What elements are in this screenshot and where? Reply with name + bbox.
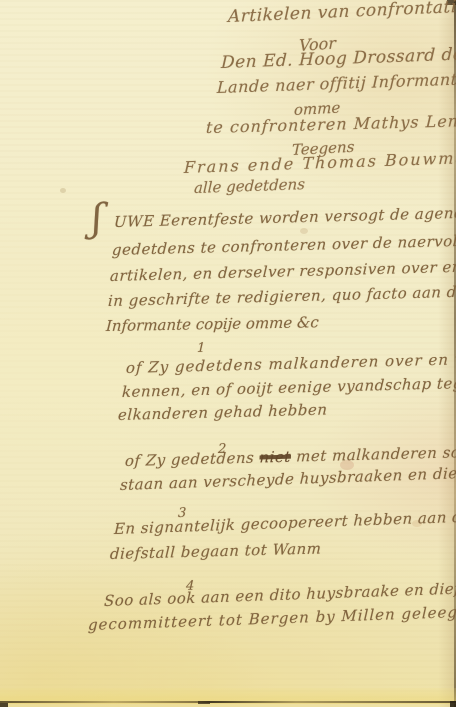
- struck-word: niet: [259, 448, 291, 467]
- manuscript-page: Artikelen van confrontatie Voor Den Ed. …: [0, 0, 456, 707]
- bottom-edge-mark: [198, 701, 210, 704]
- article-line-text: met malkanderen schuldig: [296, 442, 456, 466]
- corner-mark-bottom-left: [0, 703, 8, 707]
- title-line: Lande naer offitij Informant: [217, 70, 456, 97]
- article-line: of Zy gedetdens malkanderen over en wede…: [126, 349, 456, 377]
- preamble-line: in geschrifte te redigieren, quo facto a…: [108, 281, 456, 310]
- title-line: te confronteren Mathys Lenger: [206, 111, 456, 137]
- article-number: 1: [197, 341, 206, 356]
- preamble-line: Informante copije omme &c: [106, 313, 320, 335]
- corner-mark-bottom-right: [450, 701, 456, 707]
- title-line: alle gedetdens: [194, 175, 306, 197]
- paper-stain: [60, 188, 66, 193]
- preamble-line: UWE Eerentfeste worden versogt de agenoe…: [114, 203, 456, 231]
- article-line: En signantelijk gecoopereert hebben aan …: [114, 507, 456, 538]
- page-bottom-edge: [0, 701, 456, 703]
- preamble-line: gedetdens te confronteren over de naervo…: [112, 231, 456, 259]
- paragraph-marker: ʃ: [92, 195, 103, 240]
- article-line: elkanderen gehad hebben: [118, 401, 328, 425]
- preamble-line: artikelen, en derselver responsiven over…: [110, 256, 456, 285]
- article-line-text: of Zy gedetdens: [125, 449, 255, 470]
- title-line: Den Ed. Hoog Drossard deses: [221, 44, 456, 74]
- title-line: Artikelen van confrontatie: [228, 0, 456, 27]
- paper-stain: [300, 228, 308, 234]
- article-line: kennen, en of ooijt eenige vyandschap te…: [122, 373, 456, 401]
- article-line: diefstall begaan tot Wanm: [110, 539, 322, 563]
